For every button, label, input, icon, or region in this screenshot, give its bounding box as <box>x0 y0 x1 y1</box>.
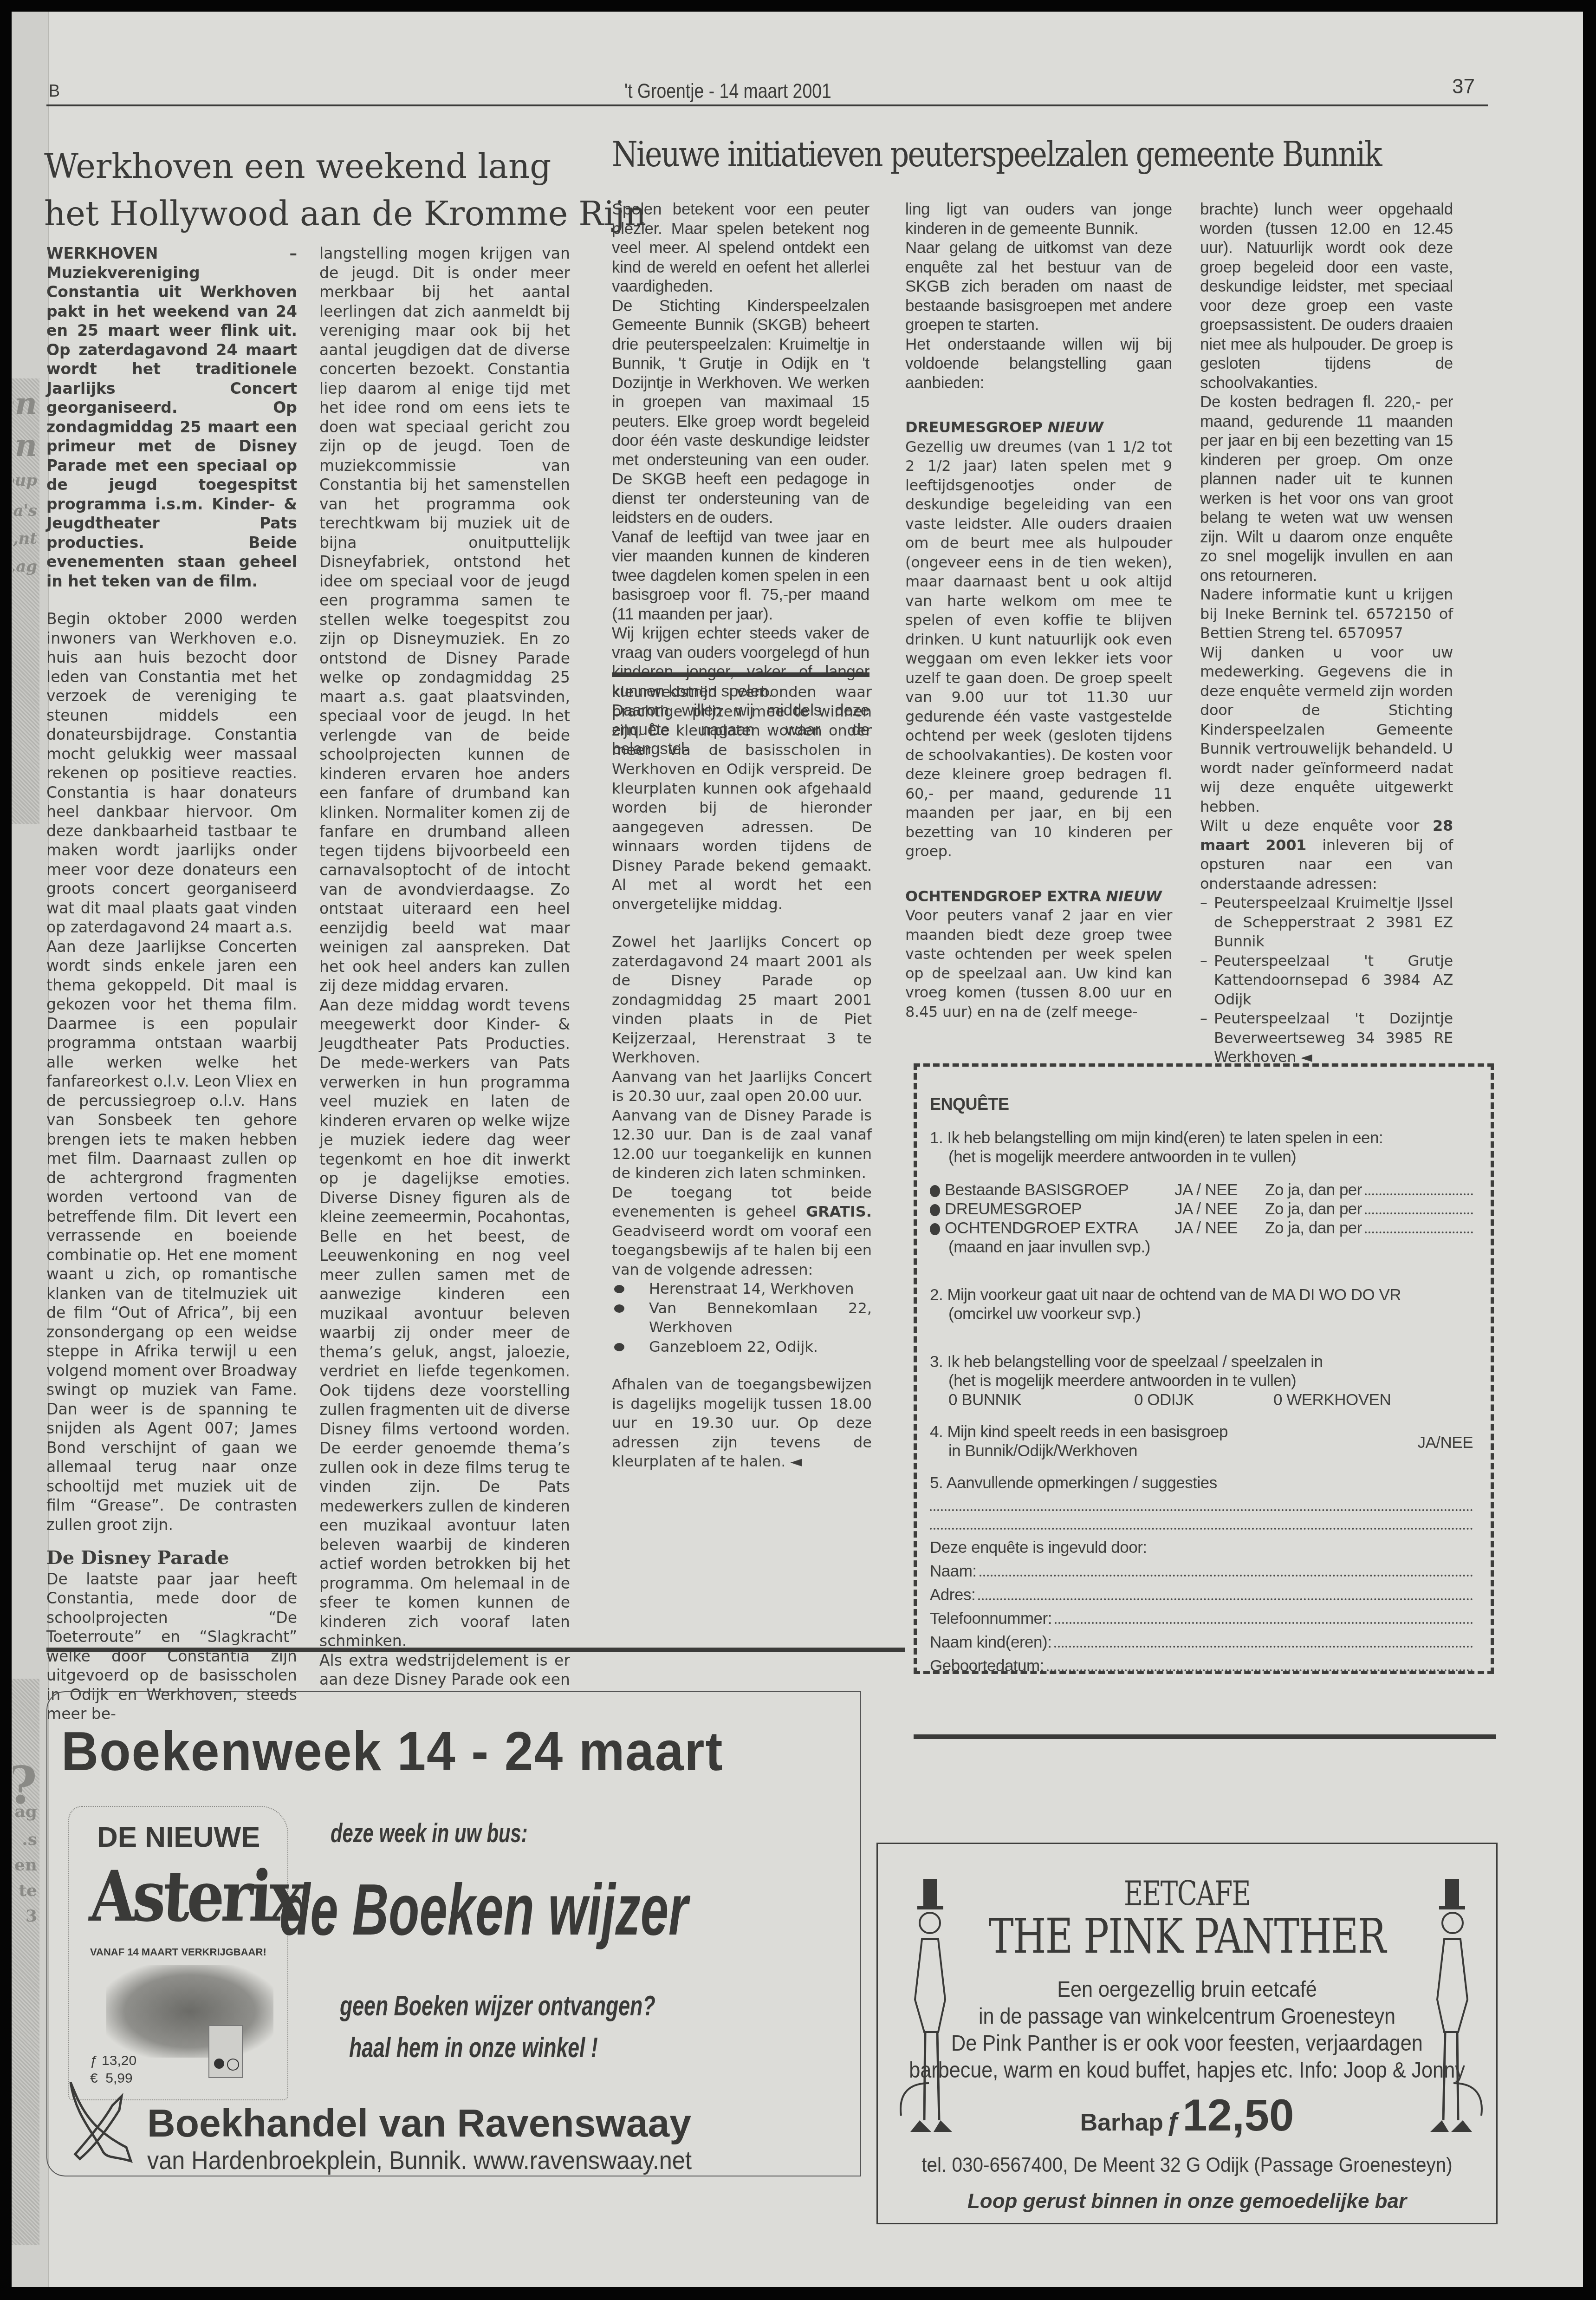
remarks-line[interactable] <box>930 1511 1473 1530</box>
prev-page-fragment: te <box>13 1881 37 1900</box>
paragraph: Vanaf de leeftijd van twee jaar en vier … <box>612 528 869 624</box>
album-logo-icon <box>208 2025 243 2078</box>
month-year-field[interactable] <box>1365 1184 1473 1195</box>
prev-page-fragment: n! <box>13 427 37 463</box>
boekenwijzer-brand: de Boeken wijzer <box>279 1869 688 1951</box>
paragraph: De toegang tot beide evenementen is gehe… <box>612 1183 872 1280</box>
cafe-description: Een oergezellig bruin eetcafé in de pass… <box>909 1976 1466 2084</box>
paragraph: ling ligt van ouders van jonge kinderen … <box>905 200 1172 238</box>
asterix-top: DE NIEUWE <box>97 1821 260 1854</box>
cafe-slogan: Loop gerust binnen in onze gemoedelijke … <box>878 2190 1496 2213</box>
bullet-icon <box>930 1223 940 1235</box>
question-2[interactable]: 2. Mijn voorkeur gaat uit naar de ochten… <box>930 1285 1473 1304</box>
asterix-sub: VANAF 14 MAART VERKRIJGBAAR! <box>90 1946 266 1958</box>
question-4-line2: in Bunnik/Odijk/Werkhoven JA/NEE <box>930 1441 1473 1460</box>
paragraph: Aanvang van de Disney Parade is 12.30 uu… <box>612 1106 872 1183</box>
section-rule <box>914 1734 1496 1739</box>
filled-by-label: Deze enquête is ingevuld door: <box>930 1538 1473 1557</box>
group-heading-dreumesgroep: DREUMESGROEP NIEUW <box>905 418 1172 437</box>
paragraph: Aan deze Jaarlijkse Concerten wordt sind… <box>46 937 297 1535</box>
paragraph: Het onderstaande willen wij bij voldoend… <box>905 335 1172 393</box>
page-number: 37 <box>1452 75 1475 98</box>
list-item: Peuterspeelzaal 't Dozijntje Beverweerts… <box>1200 1009 1453 1067</box>
prev-page-fragment: oup <box>13 471 37 490</box>
article-left-column-3: kleurwedstrijd verbonden waar prachtige … <box>612 683 872 1472</box>
paragraph: Als extra wedstrijdelement is er aan dez… <box>319 1651 570 1689</box>
paragraph: Afhalen van de toegangsbewijzen is dagel… <box>612 1375 872 1472</box>
question-1-note: (het is mogelijk meerdere antwoorden in … <box>930 1147 1473 1166</box>
paragraph: Nadere informatie kunt u krijgen bij Ine… <box>1200 585 1453 643</box>
article-right-column-2: ling ligt van ouders van jonge kinderen … <box>905 200 1172 1022</box>
ja-nee-choice[interactable]: JA/NEE <box>1417 1433 1473 1460</box>
ad-headline: Boekenweek 14 - 24 maart <box>61 1720 723 1783</box>
field-name[interactable]: Naam: <box>930 1562 1473 1581</box>
cafe-name: THE PINK PANTHER <box>940 1909 1434 1964</box>
paragraph: Aanvang van het Jaarlijks Concert is 20.… <box>612 1068 872 1106</box>
enquete-form: ENQUÊTE 1. Ik heb belangstelling om mijn… <box>914 1063 1494 1674</box>
article-right-column-3: brachte) lunch weer opgehaald worden (tu… <box>1200 200 1453 1067</box>
option-odijk[interactable]: 0 ODIJK <box>1134 1390 1273 1409</box>
paragraph: Zowel het Jaarlijks Concert op zaterdaga… <box>612 932 872 1068</box>
column-divider-rule <box>612 672 869 677</box>
month-year-field[interactable] <box>1365 1222 1473 1233</box>
option-ochtendgroep[interactable]: OCHTENDGROEP EXTRA JA / NEE Zo ja, dan p… <box>930 1218 1473 1238</box>
prev-page-fragment: 3 <box>13 1906 37 1926</box>
paragraph: Spelen betekent voor een peuter plezier.… <box>612 200 869 296</box>
ja-nee-choice[interactable]: JA / NEE <box>1174 1199 1265 1218</box>
list-item: Peuterspeelzaal Kruimeltje IJssel de Sch… <box>1200 893 1453 951</box>
publication-title: 't Groentje - 14 maart 2001 <box>624 80 831 103</box>
address-input[interactable] <box>978 1589 1473 1600</box>
paragraph: De Stichting Kinderspeelzalen Gemeente B… <box>612 296 869 528</box>
asterix-panel: DE NIEUWE Asterix VANAF 14 MAART VERKRIJ… <box>68 1806 288 2100</box>
question-line: geen Boeken wijzer ontvangen? <box>340 1989 655 2022</box>
header-rule <box>46 104 1488 106</box>
prev-page-fragment: a's. <box>13 502 37 520</box>
article-bottom-rule <box>46 1648 905 1652</box>
question-3: 3. Ik heb belangstelling voor de speelza… <box>930 1352 1473 1371</box>
return-address-list: Peuterspeelzaal Kruimeltje IJssel de Sch… <box>1200 893 1453 1067</box>
bus-line: deze week in uw bus: <box>331 1818 528 1849</box>
store-line: haal hem in onze winkel ! <box>349 2031 598 2064</box>
prev-page-fragment: nt, <box>13 529 37 548</box>
list-item: Peuterspeelzaal 't Grutje Kattendoornsep… <box>1200 951 1453 1010</box>
paragraph: Wij danken u voor uw medewerking. Gegeve… <box>1200 643 1453 817</box>
paragraph: Voor peuters vanaf 2 jaar en vier maande… <box>905 906 1172 1022</box>
bookshop-advertisement: Boekenweek 14 - 24 maart DE NIEUWE Aster… <box>46 1691 861 2176</box>
child-name-input[interactable] <box>1054 1636 1473 1648</box>
free-entry: GRATIS. <box>806 1203 872 1220</box>
field-address[interactable]: Adres: <box>930 1585 1473 1604</box>
cafe-price: Barhap ƒ 12,50 <box>878 2090 1496 2141</box>
question-1: 1. Ik heb belangstelling om mijn kind(er… <box>930 1128 1473 1147</box>
field-phone[interactable]: Telefoonnummer: <box>930 1609 1473 1628</box>
location-options: 0 BUNNIK 0 ODIJK 0 WERKHOVEN <box>930 1390 1473 1409</box>
question-5: 5. Aanvullende opmerkingen / suggesties <box>930 1473 1473 1492</box>
field-birthdate[interactable]: Geboortedatum: <box>930 1656 1473 1675</box>
previous-page-edge <box>12 12 49 2287</box>
cafe-contact: tel. 030-6567400, De Meent 32 G Odijk (P… <box>909 2153 1466 2177</box>
paragraph: kleurwedstrijd verbonden waar prachtige … <box>612 683 872 914</box>
option-basisgroep[interactable]: Bestaande BASISGROEP JA / NEE Zo ja, dan… <box>930 1180 1473 1199</box>
question-2-note: (omcirkel uw voorkeur svp.) <box>930 1304 1473 1323</box>
prev-page-fragment: en <box>13 1855 37 1875</box>
option-werkhoven[interactable]: 0 WERKHOVEN <box>1273 1390 1391 1409</box>
prev-page-fragment: ag <box>13 1802 37 1821</box>
list-item: Van Bennekomlaan 22, Werkhoven <box>612 1299 872 1337</box>
name-input[interactable] <box>980 1565 1473 1577</box>
list-item: Ganzebloem 22, Odijk. <box>612 1337 872 1357</box>
article-right-title: Nieuwe initiatieven peuterspeelzalen gem… <box>612 135 1381 175</box>
option-dreumesgroep[interactable]: DREUMESGROEP JA / NEE Zo ja, dan per <box>930 1199 1473 1218</box>
group-heading-ochtendgroep: OCHTENDGROEP EXTRA NIEUW <box>905 887 1172 906</box>
paragraph: Gezellig uw dreumes (van 1 1/2 tot 2 1/2… <box>905 437 1172 861</box>
article-lead: WERKHOVEN – Muziekvereniging Constantia … <box>46 244 297 591</box>
section-letter: B <box>49 81 60 101</box>
eetcafe-advertisement: EETCAFE THE PINK PANTHER Een oergezellig… <box>876 1843 1498 2224</box>
prev-page-fragment: en <box>13 385 37 422</box>
ja-nee-choice[interactable]: JA / NEE <box>1174 1218 1265 1238</box>
paragraph: brachte) lunch weer opgehaald worden (tu… <box>1200 200 1453 392</box>
cafe-pretitle: EETCAFE <box>946 1874 1428 1913</box>
asterix-logo: Asterix <box>88 1856 304 1937</box>
article-left-column-2: langstelling mogen krijgen van de jeugd.… <box>319 244 570 1689</box>
paragraph: langstelling mogen krijgen van de jeugd.… <box>319 244 570 996</box>
prev-page-fragment: s. <box>13 1830 37 1849</box>
paragraph: Wilt u deze enquête voor 28 maart 2001 i… <box>1200 816 1453 893</box>
ja-nee-choice[interactable]: JA / NEE <box>1174 1180 1265 1199</box>
option-bunnik[interactable]: 0 BUNNIK <box>948 1390 1134 1409</box>
list-item: Herenstraat 14, Werkhoven <box>612 1279 872 1299</box>
options-note: (maand en jaar invullen svp.) <box>930 1238 1473 1257</box>
question-3-note: (het is mogelijk meerdere antwoorden in … <box>930 1371 1473 1390</box>
month-year-field[interactable] <box>1365 1203 1473 1214</box>
article-left-column-1: WERKHOVEN – Muziekvereniging Constantia … <box>46 244 297 1724</box>
paragraph: Aan deze middag wordt tevens meegewerkt … <box>319 996 570 1651</box>
article-left-title-line2: het Hollywood aan de Kromme Rijn <box>44 191 646 236</box>
asterix-cover-image <box>106 1965 273 2058</box>
enquete-title: ENQUÊTE <box>930 1095 1473 1114</box>
remarks-line[interactable] <box>930 1492 1473 1511</box>
field-child-name[interactable]: Naam kind(eren): <box>930 1633 1473 1652</box>
shop-address[interactable]: van Hardenbroekplein, Bunnik. www.ravens… <box>147 2145 692 2175</box>
prev-page-fragment: ag. <box>13 557 37 576</box>
subheading: De Disney Parade <box>46 1548 297 1568</box>
bird-logo-icon <box>61 2078 136 2166</box>
paragraph: Naar gelang de uitkomst van deze enquête… <box>905 238 1172 335</box>
paragraph: De kosten bedragen fl. 220,- per maand, … <box>1200 392 1453 585</box>
shop-name: Boekhandel van Ravenswaay <box>147 2101 691 2146</box>
bullet-icon <box>930 1204 940 1216</box>
price-guilder: ƒ 13,20 <box>90 2053 136 2069</box>
paragraph: Begin oktober 2000 werden inwoners van W… <box>46 609 297 937</box>
question-4: 4. Mijn kind speelt reeds in een basisgr… <box>930 1422 1473 1441</box>
ticket-address-list: Herenstraat 14, Werkhoven Van Bennekomla… <box>612 1279 872 1356</box>
article-left-title-line1: Werkhoven een weekend lang <box>44 144 551 189</box>
birthdate-input[interactable] <box>1047 1660 1473 1671</box>
phone-input[interactable] <box>1055 1613 1473 1624</box>
bullet-icon <box>930 1185 940 1197</box>
